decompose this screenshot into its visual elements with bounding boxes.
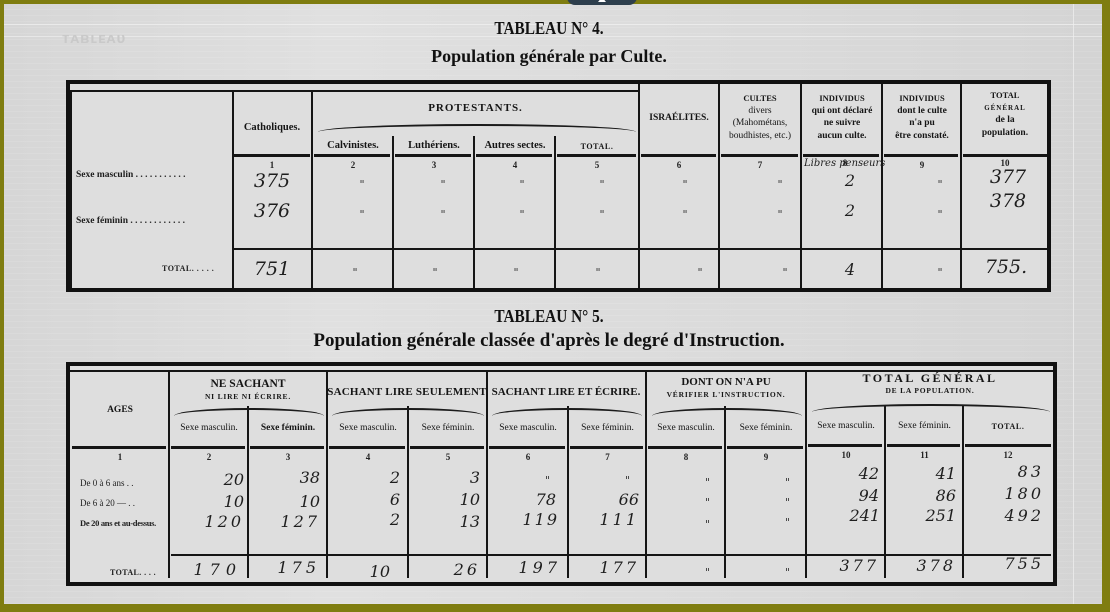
column-number: 1 [234, 160, 310, 170]
lire-seulement-brace [332, 408, 484, 416]
cell-total-general-masculin: 377 [968, 166, 1048, 188]
row-label-20-ans-et-plus: De 20 ans et au-dessus. [80, 518, 156, 528]
cell: 377 [815, 556, 879, 575]
header-lire-seulement: SACHANT LIRE SEULEMENT [327, 386, 487, 399]
cell: " [930, 266, 950, 279]
cell: 10 [340, 562, 390, 581]
header-cultes-divers: CULTES divers (Mahométans, boudhistes, e… [720, 92, 800, 142]
cell: " [592, 208, 612, 221]
cell: 13 [420, 512, 480, 531]
cell: " [352, 208, 372, 221]
cell: " [675, 208, 695, 221]
cell: " [512, 178, 532, 191]
row-label-total: TOTAL. . . . [110, 568, 156, 577]
tableau5-table: AGES NE SACHANT NI LIRE NI ÉCRIRE. SACHA… [66, 362, 1057, 586]
total-general-brace [812, 404, 1050, 412]
cell: 94 [815, 486, 879, 505]
column-number: 6 [640, 160, 718, 170]
libres-penseurs-annotation: Libres penseurs [804, 158, 880, 169]
scroll-up-tab[interactable] [567, 0, 637, 5]
cell: " [770, 178, 790, 191]
cell: " [433, 208, 453, 221]
column-number: 5 [409, 452, 487, 462]
cell: 10 [260, 492, 320, 511]
column-number: 3 [394, 160, 474, 170]
header-protestants: PROTESTANTS. [313, 102, 638, 115]
lire-ecrire-brace [492, 408, 642, 416]
cell: 2 [340, 510, 400, 529]
tableau5-title: TABLEAU N° 5. [82, 306, 1015, 327]
header-calvinistes: Calvinistes. [313, 140, 393, 153]
cell: 120 [180, 512, 244, 531]
column-number: 3 [249, 452, 327, 462]
cell-aucun-culte-feminin: 2 [840, 201, 860, 220]
tableau4-table: Catholiques. PROTESTANTS. Calvinistes. L… [66, 80, 1051, 292]
tableau4-title: TABLEAU N° 4. [82, 18, 1015, 39]
cell: 83 [970, 462, 1044, 481]
cell: 119 [495, 510, 559, 529]
cell: 41 [892, 464, 956, 483]
cell: 10 [420, 490, 480, 509]
protestants-brace [318, 124, 636, 132]
cell: " [433, 178, 453, 191]
cell-total-general-total: 755. [966, 256, 1046, 278]
cell-total-general-feminin: 378 [968, 190, 1048, 212]
column-number: 9 [726, 452, 806, 462]
row-label-total: TOTAL. . . . . [162, 264, 214, 273]
column-number: 2 [170, 452, 248, 462]
cell: " [425, 266, 445, 279]
cell: " [345, 266, 365, 279]
cell: 241 [810, 506, 880, 525]
header-ages: AGES [72, 404, 168, 417]
row-label-sexe-masculin: Sexe masculin . . . . . . . . . . . [76, 170, 186, 180]
cell-catholiques-total: 751 [234, 258, 310, 280]
cell: 78 [500, 490, 556, 509]
page-edge [1073, 4, 1074, 604]
non-verifie-brace [652, 408, 802, 416]
cell: 755 [970, 554, 1044, 573]
cell: " [510, 474, 550, 487]
cell: " [590, 474, 630, 487]
cell: " [352, 178, 372, 191]
header-total-general: TOTAL GÉNÉRAL DE LA POPULATION. [807, 372, 1053, 397]
cell: " [670, 476, 710, 489]
column-number: 8 [647, 452, 725, 462]
cell: " [675, 178, 695, 191]
column-number: 1 [72, 452, 168, 462]
cell: 177 [575, 558, 639, 577]
cell: 86 [892, 486, 956, 505]
cell: 26 [420, 560, 480, 579]
header-catholiques: Catholiques. [234, 122, 310, 135]
cell: 10 [180, 492, 244, 511]
row-label-0-6-ans: De 0 à 6 ans . . [80, 478, 134, 488]
subheader-non-verifie-feminin: Sexe féminin. [726, 422, 806, 435]
header-aucun-culte: INDIVIDUS qui ont déclaré ne suivre aucu… [802, 92, 882, 142]
cell: " [670, 518, 710, 531]
row-label-6-20-ans: De 6 à 20 — . . [80, 498, 135, 508]
header-total-general: TOTAL GÉNÉRAL de la population. [962, 89, 1048, 139]
cell-aucun-culte-masculin: 2 [840, 171, 860, 190]
cell-catholiques-feminin: 376 [234, 200, 310, 222]
cell: 66 [575, 490, 639, 509]
ne-sachant-brace [174, 408, 324, 416]
cell-aucun-culte-total: 4 [840, 260, 860, 279]
header-non-verifie: DONT ON N'A PU VÉRIFIER L'INSTRUCTION. [647, 376, 805, 401]
subheader-lire-seulement-feminin: Sexe féminin. [409, 422, 487, 435]
column-number: 4 [328, 452, 408, 462]
cell: 378 [892, 556, 956, 575]
cell-catholiques-masculin: 375 [234, 170, 310, 192]
subheader-lire-ecrire-masculin: Sexe masculin. [488, 422, 568, 435]
column-number: 10 [807, 450, 885, 460]
subheader-total-feminin: Sexe féminin. [886, 420, 963, 433]
cell: 170 [174, 560, 242, 579]
subheader-total-total: TOTAL. [964, 421, 1052, 434]
cell: " [930, 208, 950, 221]
cell: 251 [888, 506, 956, 525]
subheader-ne-sachant-feminin: Sexe féminin. [249, 422, 327, 435]
subheader-lire-seulement-masculin: Sexe masculin. [328, 422, 408, 435]
cell: 20 [180, 470, 244, 489]
cell: " [690, 266, 710, 279]
subheader-lire-ecrire-feminin: Sexe féminin. [569, 422, 646, 435]
cell: " [930, 178, 950, 191]
column-number: 6 [488, 452, 568, 462]
cell: " [750, 476, 790, 489]
tableau5-subtitle: Population générale classée d'après le d… [0, 330, 1098, 352]
subheader-ne-sachant-masculin: Sexe masculin. [170, 422, 248, 435]
cell: 3 [420, 468, 480, 487]
header-total-protestants: TOTAL. [556, 141, 638, 154]
cell: 111 [575, 510, 639, 529]
cell: " [670, 496, 710, 509]
subheader-total-masculin: Sexe masculin. [807, 420, 885, 433]
cell: " [512, 208, 532, 221]
header-autres-sectes: Autres sectes. [475, 140, 555, 153]
cell: " [588, 266, 608, 279]
cell: 42 [815, 464, 879, 483]
cell: 38 [260, 468, 320, 487]
column-number: 5 [556, 160, 638, 170]
column-number: 11 [886, 450, 963, 460]
cell: 180 [970, 484, 1044, 503]
chevron-up-icon [598, 0, 606, 2]
column-number: 4 [475, 160, 555, 170]
cell: " [750, 496, 790, 509]
column-number: 9 [883, 160, 961, 170]
cell: 175 [254, 558, 320, 577]
column-number: 12 [964, 450, 1052, 460]
subheader-non-verifie-masculin: Sexe masculin. [647, 422, 725, 435]
row-label-sexe-feminin: Sexe féminin . . . . . . . . . . . . [76, 216, 185, 226]
cell: 197 [495, 558, 561, 577]
column-number: 7 [569, 452, 646, 462]
cell: " [775, 266, 795, 279]
header-lutheriens: Luthériens. [394, 140, 474, 153]
cell: " [506, 266, 526, 279]
cell: 6 [340, 490, 400, 509]
cell: " [770, 208, 790, 221]
header-culte-non-constate: INDIVIDUS dont le culte n'a pu être cons… [883, 92, 961, 142]
cell: " [750, 516, 790, 529]
cell: " [750, 566, 790, 579]
cell: " [592, 178, 612, 191]
cell: 2 [340, 468, 400, 487]
header-ne-sachant: NE SACHANT NI LIRE NI ÉCRIRE. [170, 378, 326, 403]
tableau4-subtitle: Population générale par Culte. [0, 46, 1098, 67]
cell: " [670, 566, 710, 579]
cell: 127 [256, 512, 320, 531]
cell: 492 [970, 506, 1044, 525]
header-lire-ecrire: SACHANT LIRE ET ÉCRIRE. [487, 386, 645, 399]
header-israelites: ISRAÉLITES. [640, 112, 718, 125]
column-number: 7 [720, 160, 800, 170]
column-number: 2 [313, 160, 393, 170]
